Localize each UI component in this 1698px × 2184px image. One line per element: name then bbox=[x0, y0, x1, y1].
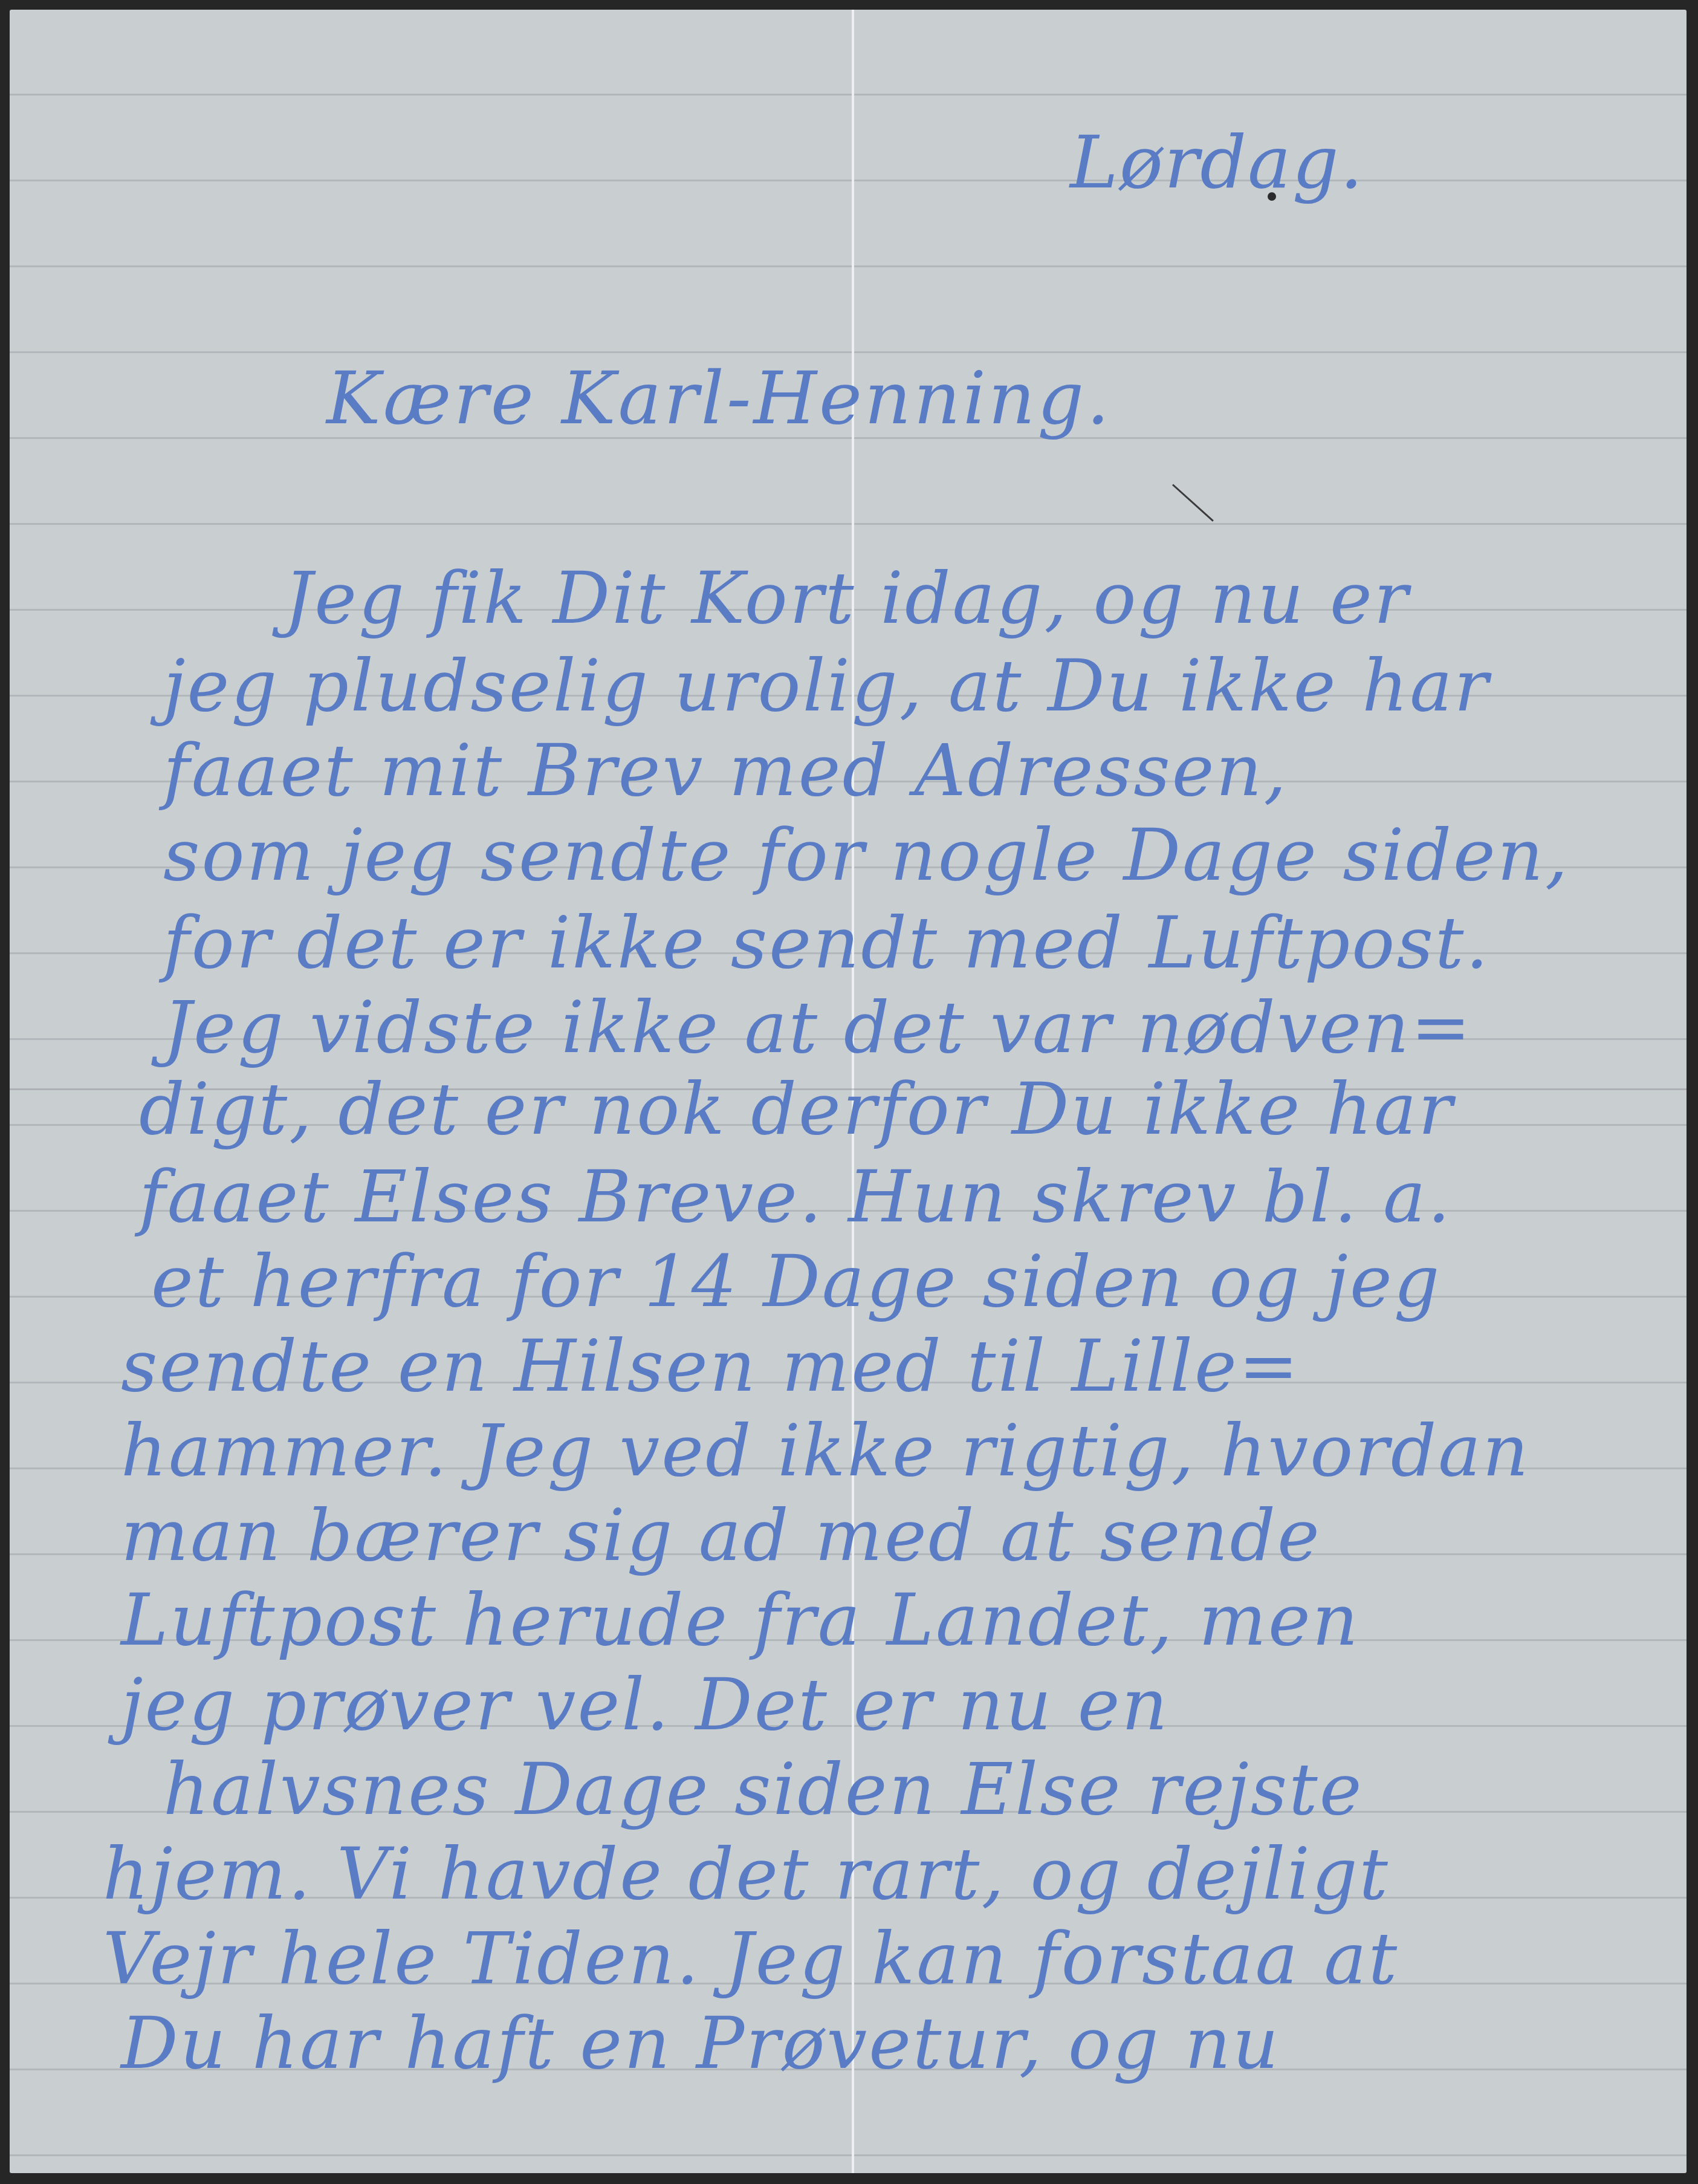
letter-line: for det er ikke sendt med Luftpost. bbox=[163, 907, 1490, 978]
letter-line: hammer. Jeg ved ikke rigtig, hvordan bbox=[121, 1415, 1531, 1486]
letter-line: Jeg vidste ikke at det var nødven= bbox=[163, 992, 1473, 1063]
letter-line: Du har haft en Prøvetur, og nu bbox=[121, 2007, 1280, 2079]
letter-line: digt, det er nok derfor Du ikke har bbox=[139, 1073, 1454, 1145]
letter-line: sendte en Hilsen med til Lille= bbox=[121, 1330, 1300, 1402]
letter-line: Luftpost herude fra Landet, men bbox=[121, 1584, 1360, 1656]
letter-line: man bærer sig ad med at sende bbox=[121, 1500, 1321, 1571]
letter-line: Jeg fik Dit Kort idag, og nu er bbox=[284, 562, 1410, 634]
handwritten-letter: Lørdag. Kære Karl-Henning. Jeg fik Dit K… bbox=[0, 0, 1698, 2184]
letter-line: et herfra for 14 Dage siden og jeg bbox=[151, 1246, 1441, 1317]
letter-line: Vejr hele Tiden. Jeg kan forstaa at bbox=[103, 1923, 1399, 1994]
letter-line: halvsnes Dage siden Else rejste bbox=[163, 1753, 1364, 1825]
letter-dateline: Lørdag. bbox=[1070, 121, 1364, 205]
letter-line: faaet mit Brev med Adressen, bbox=[163, 735, 1288, 806]
letter-line: faaet Elses Breve. Hun skrev bl. a. bbox=[139, 1161, 1452, 1232]
letter-line: jeg pludselig urolig, at Du ikke har bbox=[163, 650, 1490, 721]
letter-line: hjem. Vi havde det rart, og dejligt bbox=[103, 1838, 1390, 1909]
letter-line: jeg prøver vel. Det er nu en bbox=[121, 1669, 1170, 1740]
letter-line: som jeg sendte for nogle Dage siden, bbox=[163, 819, 1569, 891]
letter-salutation: Kære Karl-Henning. bbox=[326, 357, 1112, 441]
